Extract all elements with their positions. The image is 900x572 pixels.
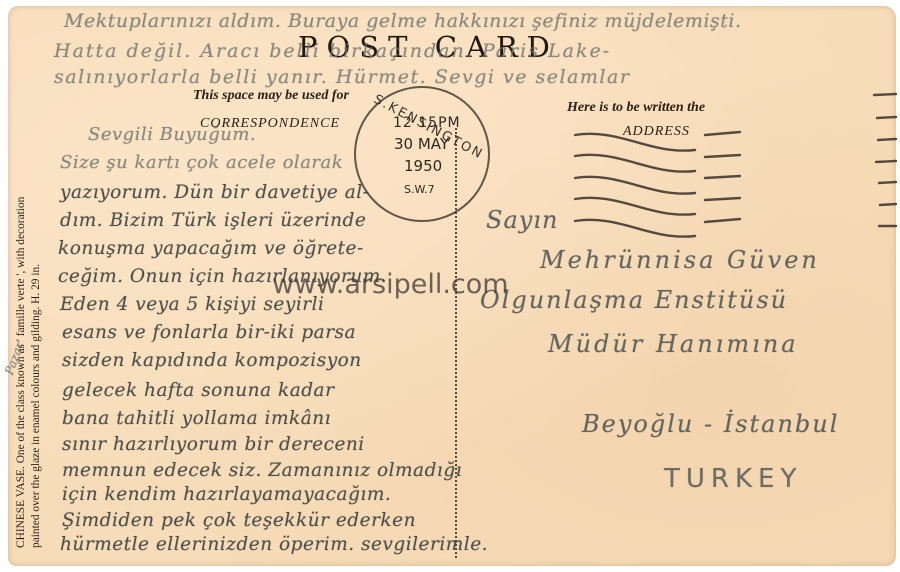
message-line: memnun edecek siz. Zamanınız olmadığı: [62, 460, 462, 481]
message-line: gelecek hafta sonuna kadar: [62, 380, 334, 401]
message-line: sınır hazırlıyorum bir dereceni: [62, 434, 365, 455]
message-line: yazıyorum. Dün bir davetiye al-: [60, 182, 369, 203]
message-line: sizden kapıdında kompozisyon: [62, 350, 362, 371]
message-line: için kendim hazırlayamayacağım.: [62, 484, 391, 505]
postmark-date: 30 MAY: [394, 135, 449, 153]
postmark-district: S.W.7: [404, 183, 435, 196]
address-line: Müdür Hanımına: [548, 330, 799, 358]
message-line: dım. Bizim Türk işleri üzerinde: [60, 210, 366, 231]
correspondence-label: This space may be used for: [193, 88, 349, 104]
message-line: esans ve fonlarla bir-iki parsa: [62, 322, 356, 343]
message-line: bana tahitli yollama imkânı: [62, 408, 331, 429]
postmark-time: 12 15PM: [393, 115, 461, 131]
image-caption: CHINESE VASE. One of the class known as …: [14, 197, 44, 548]
handwriting-top-line: Mektuplarınızı aldım. Buraya gelme hakkı…: [64, 10, 742, 32]
address-label: Here is to be written the: [567, 100, 705, 116]
postmark-year: 1950: [404, 157, 442, 175]
message-line: Şimdiden pek çok teşekkür ederken: [62, 510, 416, 531]
handwriting-top-line: salınıyorlarla belli yanır. Hürmet. Sevg…: [54, 66, 630, 88]
address-line: Mehrünnisa Güven: [540, 246, 820, 274]
address-line: Sayın: [486, 206, 558, 234]
caption-line-2: painted over the glaze in enamel colours…: [29, 197, 44, 548]
message-line: Sevgili Buyuğum.: [88, 124, 256, 145]
address-line: Beyoğlu - İstanbul: [582, 410, 839, 438]
watermark: www.arsipell.com: [272, 269, 509, 300]
handwriting-top-line: Hatta değil. Aracı belli birkaçından. Pa…: [54, 40, 611, 62]
address-country: TURKEY: [664, 464, 802, 494]
address-heading: ADDRESS: [623, 124, 690, 140]
message-line: konuşma yapacağım ve öğrete-: [58, 238, 364, 259]
message-line: hürmetle ellerinizden öperim. sevgilerim…: [60, 534, 488, 555]
address-line: Olgunlaşma Enstitüsü: [480, 286, 788, 314]
message-line: Size şu kartı çok acele olarak: [60, 152, 343, 173]
